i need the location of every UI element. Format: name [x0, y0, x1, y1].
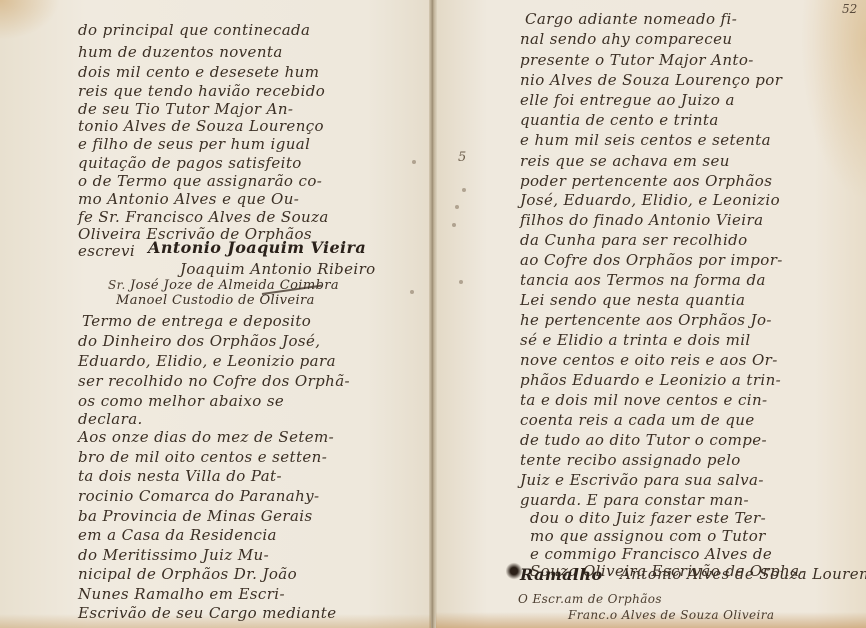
signature: Franc.o Alves de Souza Oliveira	[568, 608, 774, 622]
text-line: o de Termo que assignarão co-	[78, 172, 322, 190]
signature: Manoel Custodio de Oliveira	[116, 293, 315, 308]
text-line: nio Alves de Souza Lourenço por	[520, 71, 782, 89]
wormhole	[452, 223, 456, 227]
paper-stain	[0, 0, 60, 40]
text-line: e filho de seus per hum igual	[78, 135, 310, 153]
text-line: Eduardo, Elidio, e Leonizio para	[78, 352, 336, 370]
folio-number: 52	[842, 2, 857, 16]
wormhole	[455, 205, 459, 209]
text-line: do Meritissimo Juiz Mu-	[78, 546, 269, 564]
text-line: tonio Alves de Souza Lourenço	[78, 117, 324, 135]
text-line: Escrivão de seu Cargo mediante	[78, 604, 336, 622]
text-line: ao Cofre dos Orphãos por impor-	[520, 251, 783, 269]
paper-stain	[800, 0, 866, 200]
text-line: Termo de entrega e deposito	[82, 312, 311, 330]
text-line: ta dois nesta Villa do Pat-	[78, 467, 282, 485]
text-line: elle foi entregue ao Juizo a	[520, 91, 735, 109]
text-line: mo Antonio Alves e que Ou-	[78, 190, 299, 208]
text-line: Aos onze dias do mez de Setem-	[78, 428, 334, 446]
wormhole	[459, 280, 463, 284]
text-line: quantia de cento e trinta	[520, 111, 719, 129]
text-line: Juiz e Escrivão para sua salva-	[520, 471, 764, 489]
manuscript-spread: 52 5 do principal que continecada hum de…	[0, 0, 866, 628]
wormhole	[462, 188, 466, 192]
text-line: sé e Elidio a trinta e dois mil	[520, 331, 751, 349]
text-line: ser recolhido no Cofre dos Orphã-	[78, 372, 350, 390]
text-line: escrevi	[78, 242, 135, 260]
text-line: poder pertencente aos Orphãos	[520, 172, 772, 190]
text-line: de seu Tio Tutor Major An-	[78, 100, 293, 118]
margin-mark: 5	[458, 150, 466, 165]
text-line: da Cunha para ser recolhido	[520, 231, 748, 249]
text-line: ba Provincia de Minas Gerais	[78, 507, 313, 525]
text-line: he pertencente aos Orphãos Jo-	[520, 311, 772, 329]
text-line: filhos do finado Antonio Vieira	[520, 211, 763, 229]
text-line: guarda. E para constar man-	[520, 491, 749, 509]
text-line: coenta reis a cada um de que	[520, 411, 755, 429]
text-line: declara.	[78, 410, 143, 428]
text-line: em a Casa da Residencia	[78, 526, 277, 544]
text-line: presente o Tutor Major Anto-	[520, 51, 754, 69]
text-line: dois mil cento e desesete hum	[78, 63, 319, 81]
wormhole	[412, 160, 416, 164]
text-line: Nunes Ramalho em Escri-	[78, 585, 285, 603]
signature: Antonio Alves de Souza Lourenço	[620, 565, 866, 583]
signature-prefix: Sr.	[108, 278, 126, 292]
wormhole	[410, 290, 414, 294]
text-line: tancia aos Termos na forma da	[520, 271, 766, 289]
text-line: rocinio Comarca do Paranahy-	[78, 487, 320, 505]
text-line: phãos Eduardo e Leonizio a trin-	[520, 371, 781, 389]
text-line: nove centos e oito reis e aos Or-	[520, 351, 778, 369]
text-line: reis que tendo havião recebido	[78, 82, 325, 100]
text-line: reis que se achava em seu	[520, 152, 730, 170]
text-line: mo que assignou com o Tutor	[530, 527, 766, 545]
text-line: José, Eduardo, Elidio, e Leonizio	[520, 191, 780, 209]
text-line: fe Sr. Francisco Alves de Souza	[78, 208, 329, 226]
signature: Joaquim Antonio Ribeiro	[180, 260, 376, 278]
signature: Ramalho	[520, 565, 603, 584]
text-line: do principal que continecada	[78, 21, 310, 39]
text-line: tente recibo assignado pelo	[520, 451, 741, 469]
book-gutter	[429, 0, 437, 628]
text-line: os como melhor abaixo se	[78, 392, 284, 410]
text-line: nicipal de Orphãos Dr. João	[78, 565, 297, 583]
signature: Antonio Joaquim Vieira	[148, 238, 366, 257]
text-line: de tudo ao dito Tutor o compe-	[520, 431, 767, 449]
text-line: bro de mil oito centos e setten-	[78, 448, 327, 466]
text-line: Cargo adiante nomeado fi-	[525, 10, 737, 28]
text-line: Lei sendo que nesta quantia	[520, 291, 745, 309]
text-line: do Dinheiro dos Orphãos José,	[78, 332, 320, 350]
text-line: ta e dois mil nove centos e cin-	[520, 391, 768, 409]
text-line: dou o dito Juiz fazer este Ter-	[530, 509, 766, 527]
signature: O Escr.am de Orphãos	[518, 592, 662, 606]
text-line: hum de duzentos noventa	[78, 43, 283, 61]
text-line: nal sendo ahy compareceu	[520, 30, 732, 48]
text-line: e commigo Francisco Alves de	[530, 545, 772, 563]
text-line: e hum mil seis centos e setenta	[520, 131, 771, 149]
